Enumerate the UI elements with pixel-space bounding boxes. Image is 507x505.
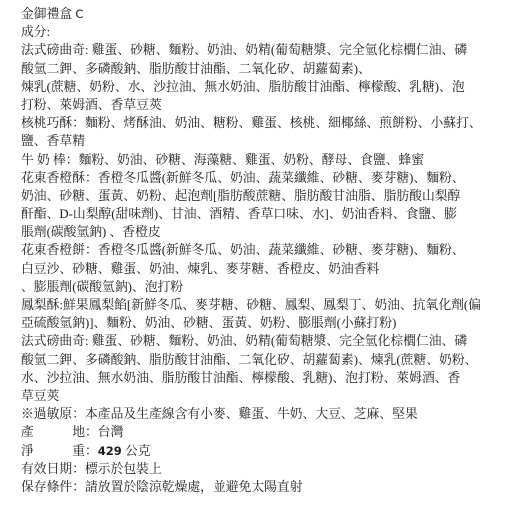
text-line: 牛 奶 棒：麵粉、奶油、砂糖、海藻糖、雞蛋、奶粉、酵母、食鹽、蜂蜜 [21,151,503,169]
text-line: 鹽、香草精 [21,132,503,150]
text-line: 花東香橙餅：香橙冬瓜醬(新鮮冬瓜、奶油、蔬菜纖維、砂糖、麥芽糖)、麵粉、 [21,241,503,259]
text-line: ※過敏原：本產品及生產線含有小麥、雞蛋、牛奶、大豆、芝麻、堅果 [21,405,503,423]
text-line: 花東香橙酥：香橙冬瓜醬(新鮮冬瓜、奶油、蔬菜纖維、砂糖、麥芽糖)、麵粉、 [21,169,503,187]
text-segment: C [75,7,83,21]
text-segment: 酸氫二鉀、多磷酸鈉、脂肪酸甘油酯、二氧化矽、胡蘿蔔素)、煉乳(蔗糖、奶粉、 [21,353,477,367]
text-line: 草豆莢 [21,387,503,405]
text-line: 煉乳(蔗糖、奶粉、水、沙拉油、無水奶油、脂肪酸甘油酯、檸檬酸、乳糖)、泡 [21,78,503,96]
text-segment: 亞硫酸氫鈉)]、麵粉、奶油、砂糖、蛋黃、奶粉、膨脹劑(小蘇打粉) [21,316,396,330]
text-segment: 有效日期：標示於包裝上 [21,462,162,476]
text-segment: 淨 重： [21,444,98,458]
text-segment: 奶油、砂糖、蛋黃、奶粉、起泡劑[脂肪酸蔗糖、脂肪酸甘油脂、脂肪酸山梨醇 [21,189,460,203]
text-line: 成分: [21,23,503,41]
text-segment: 草豆莢 [21,389,59,403]
text-segment: 成分: [21,25,50,39]
text-line: 淨 重：429 公克 [21,442,503,460]
text-line: 核桃巧酥：麵粉、烤酥油、奶油、糖粉、雞蛋、核桃、細椰絲、煎餅粉、小蘇打、 [21,114,503,132]
text-segment: 脹劑(碳酸氫鈉) 、香橙皮 [21,225,161,239]
text-line: 金御禮盒 C [21,5,503,23]
text-segment: 保存條件：請放置於陰涼乾燥處，並避免太陽直射 [21,480,303,494]
text-segment: 產 地：台灣 [21,425,123,439]
text-segment: 、膨脹劑(碳酸氫鈉)、泡打粉 [21,280,183,294]
text-segment: 酸氫二鉀、多磷酸鈉、脂肪酸甘油酯、二氧化矽、胡蘿蔔素)、 [21,62,371,76]
text-line: 水、沙拉油、無水奶油、脂肪酸甘油酯、檸檬酸、乳糖)、泡打粉、萊姆酒、香 [21,369,503,387]
text-line: 白豆沙、砂糖、雞蛋、奶油、煉乳、麥芽糖、香橙皮、奶油香料 [21,260,503,278]
text-segment: 白豆沙、砂糖、雞蛋、奶油、煉乳、麥芽糖、香橙皮、奶油香料 [21,262,379,276]
text-segment: 核桃巧酥：麵粉、烤酥油、奶油、糖粉、雞蛋、核桃、細椰絲、煎餅粉、小蘇打、 [21,116,482,130]
text-segment: 鹽、香草精 [21,134,85,148]
text-segment: 打粉、萊姆酒、香草豆莢 [21,98,162,112]
text-line: 法式磅曲奇: 雞蛋、砂糖、麵粉、奶油、奶精(葡萄糖漿、完全氫化棕櫚仁油、磷 [21,332,503,350]
text-line: 、膨脹劑(碳酸氫鈉)、泡打粉 [21,278,503,296]
text-segment: 牛 奶 棒：麵粉、奶油、砂糖、海藻糖、雞蛋、奶粉、酵母、食鹽、蜂蜜 [21,153,424,167]
text-segment: 429 [98,444,122,458]
text-segment: 花東香橙酥：香橙冬瓜醬(新鮮冬瓜、奶油、蔬菜纖維、砂糖、麥芽糖)、麵粉、 [21,171,465,185]
text-segment: 水、沙拉油、無水奶油、脂肪酸甘油酯、檸檬酸、乳糖)、泡打粉、萊姆酒、香 [21,371,460,385]
document-body: 金御禮盒 C成分:法式磅曲奇: 雞蛋、砂糖、麵粉、奶油、奶精(葡萄糖漿、完全氫化… [0,0,507,505]
text-segment: 公克 [122,444,151,458]
text-segment: 花東香橙餅：香橙冬瓜醬(新鮮冬瓜、奶油、蔬菜纖維、砂糖、麥芽糖)、麵粉、 [21,243,465,257]
text-segment: 酐酯、D-山梨醇(甜味劑)、甘油、酒精、香草口味、水]、奶油香料、食鹽、膨 [21,207,457,221]
text-segment: ※過敏原：本產品及生產線含有小麥、雞蛋、牛奶、大豆、芝麻、堅果 [21,407,418,421]
text-segment: 金御禮盒 [21,7,75,21]
text-line: 法式磅曲奇: 雞蛋、砂糖、麵粉、奶油、奶精(葡萄糖漿、完全氫化棕櫚仁油、磷 [21,41,503,59]
text-line: 有效日期：標示於包裝上 [21,460,503,478]
text-line: 脹劑(碳酸氫鈉) 、香橙皮 [21,223,503,241]
text-line: 酐酯、D-山梨醇(甜味劑)、甘油、酒精、香草口味、水]、奶油香料、食鹽、膨 [21,205,503,223]
text-line: 酸氫二鉀、多磷酸鈉、脂肪酸甘油酯、二氧化矽、胡蘿蔔素)、煉乳(蔗糖、奶粉、 [21,351,503,369]
text-line: 打粉、萊姆酒、香草豆莢 [21,96,503,114]
text-segment: 鳳梨酥:鮮果鳳梨餡[新鮮冬瓜、麥芽糖、砂糖、鳳梨、鳳梨丁、奶油、抗氧化劑(偏 [21,298,481,312]
text-line: 鳳梨酥:鮮果鳳梨餡[新鮮冬瓜、麥芽糖、砂糖、鳳梨、鳳梨丁、奶油、抗氧化劑(偏 [21,296,503,314]
text-line: 產 地：台灣 [21,423,503,441]
text-line: 保存條件：請放置於陰涼乾燥處，並避免太陽直射 [21,478,503,496]
text-line: 酸氫二鉀、多磷酸鈉、脂肪酸甘油酯、二氧化矽、胡蘿蔔素)、 [21,60,503,78]
text-line: 亞硫酸氫鈉)]、麵粉、奶油、砂糖、蛋黃、奶粉、膨脹劑(小蘇打粉) [21,314,503,332]
text-segment: 法式磅曲奇: 雞蛋、砂糖、麵粉、奶油、奶精(葡萄糖漿、完全氫化棕櫚仁油、磷 [21,43,467,57]
text-segment: 煉乳(蔗糖、奶粉、水、沙拉油、無水奶油、脂肪酸甘油酯、檸檬酸、乳糖)、泡 [21,80,465,94]
text-line: 奶油、砂糖、蛋黃、奶粉、起泡劑[脂肪酸蔗糖、脂肪酸甘油脂、脂肪酸山梨醇 [21,187,503,205]
text-segment: 法式磅曲奇: 雞蛋、砂糖、麵粉、奶油、奶精(葡萄糖漿、完全氫化棕櫚仁油、磷 [21,334,467,348]
